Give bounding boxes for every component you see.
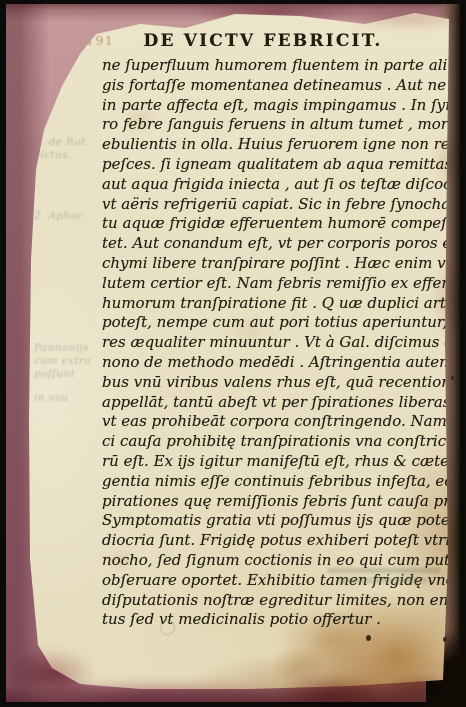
- text-line: rū eſt. Ex ijs igitur manifeſtū eſt, rhu…: [102, 452, 424, 472]
- scanned-book-page: 191 DE VICTV FEBRICIT. ne ſuperfluum hum…: [0, 0, 466, 707]
- text-line: peſces. ſi igneam qualitatem ab aqua rem…: [102, 155, 424, 175]
- text-line: diſputationis noſtræ egreditur limites, …: [102, 591, 424, 611]
- body-text-block: ne ſuperfluum humorem fluentem in parte …: [102, 56, 424, 630]
- ghost-marginal-note: in vsu: [34, 392, 106, 405]
- book-leaf: 191 DE VICTV FEBRICIT. ne ſuperfluum hum…: [0, 0, 466, 707]
- text-line: vt eas prohibeāt corpora conſtringendo. …: [102, 412, 424, 432]
- text-line: aut aqua frigida iniecta , aut ſi os teſ…: [102, 175, 424, 195]
- ghost-note-line: victus.: [34, 149, 106, 162]
- ghost-note-line: 2. Aphor.: [34, 210, 106, 223]
- ghost-note-line: in vsu: [34, 392, 106, 405]
- text-line: gentia nimis eſſe continuis febribus inf…: [102, 472, 424, 492]
- ghost-note-line: cum extra: [34, 355, 106, 368]
- text-line: appellāt, tantū abeſt vt per ſpirationes…: [102, 393, 424, 413]
- text-line: diocria ſunt. Frigidę potus exhiberi pot…: [102, 531, 424, 551]
- text-line: lutem certior eſt. Nam febris remiſſio e…: [102, 274, 424, 294]
- text-line: tet. Aut conandum eſt, vt per corporis p…: [102, 234, 424, 254]
- text-line: ebulientis in olla. Huius feruorem igne …: [102, 135, 424, 155]
- ghost-marginal-note: 1. de Rat.victus.: [34, 136, 106, 162]
- text-line: bus vnū viribus valens rhus eſt, quā rec…: [102, 373, 424, 393]
- text-line: nono de methodo medēdi . Aſtringentia au…: [102, 353, 424, 373]
- text-line: vt aëris refrigeriū capiat. Sic in febre…: [102, 195, 424, 215]
- text-line: humorum tranſpiratione fit . Q uæ duplic…: [102, 294, 424, 314]
- text-line: ro febre ſanguis feruens in altum tumet …: [102, 115, 424, 135]
- text-line: pirationes quę remiſſionis febris ſunt c…: [102, 492, 424, 512]
- running-title: DE VICTV FEBRICIT.: [102, 31, 424, 51]
- text-line: Symptomatis gratia vti poſſumus ijs quæ …: [102, 511, 424, 531]
- ink-speck: [451, 376, 454, 380]
- ink-speck: [366, 635, 371, 641]
- faint-ink-ring: [160, 620, 175, 635]
- ghost-marginal-note: 2. Aphor.: [34, 210, 106, 223]
- ghost-note-line: Pannonijs: [34, 342, 106, 355]
- text-line: ne ſuperfluum humorem fluentem in parte …: [102, 56, 424, 76]
- ink-speck: [443, 637, 447, 642]
- text-line: res æqualiter minuuntur . Vt à Gal. diſc…: [102, 333, 424, 353]
- text-line: tu aquæ frigidæ efferuentem humorē compe…: [102, 214, 424, 234]
- ghost-note-line: poſſunt: [34, 368, 106, 381]
- text-line: in parte affecta eſt, magis impingamus .…: [102, 96, 424, 116]
- ghost-marginal-note: Pannonijscum extrapoſſunt: [34, 342, 106, 381]
- text-line: ci cauſa prohibitę tranſpirationis vna c…: [102, 432, 424, 452]
- text-line: tus ſed vt medicinalis potio offertur .: [102, 610, 424, 630]
- text-line: poteſt, nempe cum aut pori totius aperiu…: [102, 313, 424, 333]
- text-line: chymi libere tranſpirare poſſint . Hæc e…: [102, 254, 424, 274]
- text-line: gis fortaſſe momentanea detineamus . Aut…: [102, 76, 424, 96]
- show-through-smudge: [328, 566, 440, 586]
- ghost-note-line: 1. de Rat.: [34, 136, 106, 149]
